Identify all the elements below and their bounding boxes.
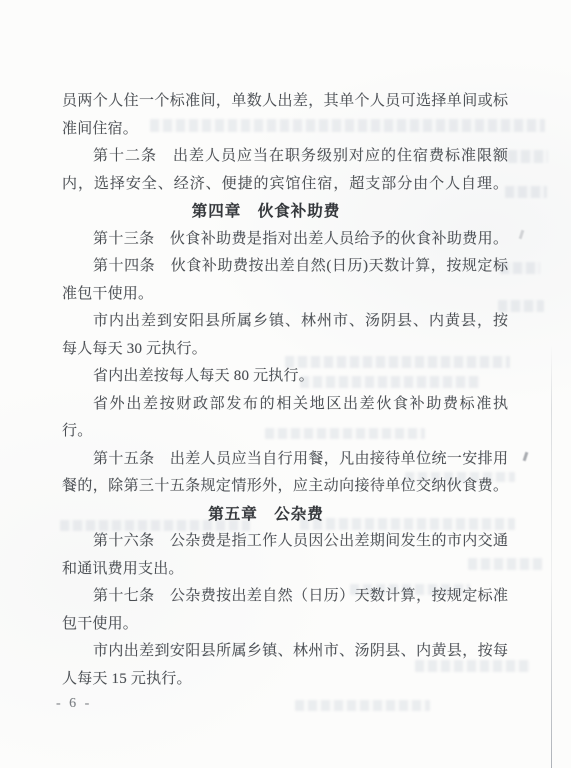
scanned-document-page: 员两个人住一个标准间，单数人出差，其单个人员可选择单间或标准间住宿。第十二条 出… [0, 0, 571, 768]
document-line: 省内出差按每人每天 80 元执行。 [62, 363, 508, 391]
bleed-through-mark [505, 186, 547, 198]
page-number: - 6 - [56, 696, 92, 712]
scan-artifact-tick [523, 452, 529, 461]
chapter-heading: 第四章 伙食补助费 [43, 198, 489, 226]
document-line: 准包干使用。 [62, 281, 508, 309]
document-line: 和通讯费用支出。 [62, 556, 508, 584]
bleed-through-mark [295, 700, 430, 711]
document-line: 第十三条 伙食补助费是指对出差人员给予的伙食补助费用。 [62, 226, 508, 254]
document-line: 行。 [62, 418, 508, 446]
document-line: 餐的，除第三十五条规定情形外，应主动向接待单位交纳伙食费。 [62, 473, 508, 501]
document-line: 第十七条 公杂费按出差自然（日历）天数计算，按规定标准 [62, 583, 508, 611]
chapter-heading: 第五章 公杂费 [43, 501, 489, 529]
document-line: 人每天 15 元执行。 [62, 666, 508, 694]
document-line: 准间住宿。 [62, 116, 508, 144]
bleed-through-mark [508, 150, 548, 163]
scan-artifact-tick [519, 230, 525, 239]
document-line: 第十四条 伙食补助费按出差自然(日历)天数计算，按规定标 [62, 253, 508, 281]
document-line: 第十六条 公杂费是指工作人员因公出差期间发生的市内交通 [62, 528, 508, 556]
document-line: 第十五条 出差人员应当自行用餐，凡由接待单位统一安排用 [62, 446, 508, 474]
document-line: 市内出差到安阳县所属乡镇、林州市、汤阴县、内黄县，按每 [62, 638, 508, 666]
document-body: 员两个人住一个标准间，单数人出差，其单个人员可选择单间或标准间住宿。第十二条 出… [62, 88, 508, 693]
document-line: 每人每天 30 元执行。 [62, 336, 508, 364]
document-line: 包干使用。 [62, 611, 508, 639]
document-line: 省外出差按财政部发布的相关地区出差伙食补助费标准执 [62, 391, 508, 419]
document-line: 员两个人住一个标准间，单数人出差，其单个人员可选择单间或标 [62, 88, 508, 116]
document-line: 内，选择安全、经济、便捷的宾馆住宿，超支部分由个人自理。 [62, 171, 508, 199]
document-line: 市内出差到安阳县所属乡镇、林州市、汤阴县、内黄县，按 [62, 308, 508, 336]
scan-edge-line [551, 345, 552, 768]
document-line: 第十二条 出差人员应当在职务级别对应的住宿费标准限额 [62, 143, 508, 171]
